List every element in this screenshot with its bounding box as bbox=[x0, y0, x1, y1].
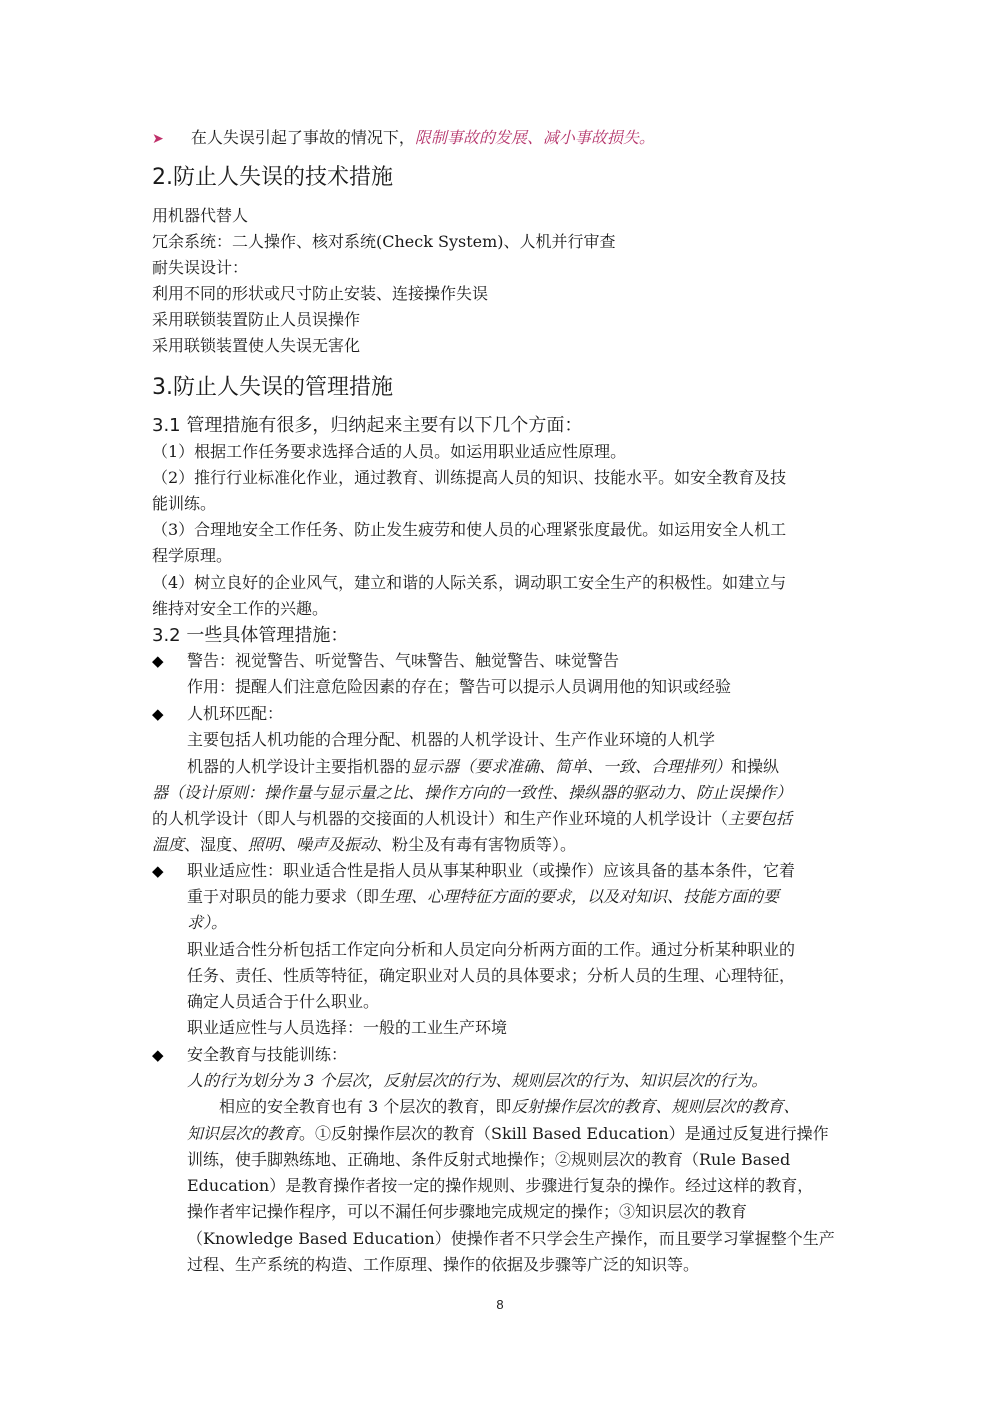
fitness-line: 职业适合性分析包括工作定向分析和人员定向分析两方面的工作。通过分析某种职业的 bbox=[187, 940, 795, 960]
education-title: 安全教育与技能训练： bbox=[187, 1045, 347, 1065]
hme-emphasis: 显示器（要求准确、简单、一致、合理排列） bbox=[411, 757, 731, 776]
management-item: 程学原理。 bbox=[152, 546, 232, 566]
fitness-text: 重于对职员的能力要求（即 bbox=[187, 887, 379, 906]
hme-line: 主要包括人机功能的合理分配、机器的人机学设计、生产作业环境的人机学 bbox=[187, 730, 715, 750]
technical-measure: 冗余系统：二人操作、核对系统(Check System)、人机并行审查 bbox=[152, 232, 616, 252]
warning-bullet: ◆ bbox=[152, 651, 164, 671]
hme-bullet: ◆ bbox=[152, 704, 164, 724]
subsection-3-1-title: 3.1 管理措施有很多，归纳起来主要有以下几个方面： bbox=[152, 414, 582, 438]
management-item: 维持对安全工作的兴趣。 bbox=[152, 599, 328, 619]
education-line: Education）是教育操作者按一定的操作规则、步骤进行复杂的操作。经过这样的… bbox=[187, 1176, 813, 1196]
technical-measure: 采用联锁装置防止人员误操作 bbox=[152, 310, 360, 330]
hme-text: 机器的人机学设计主要指机器的 bbox=[187, 757, 411, 776]
hme-emphasis: 照明、噪声及振动 bbox=[248, 835, 376, 854]
management-item: 能训练。 bbox=[152, 494, 216, 514]
section-3-title: 3.防止人失误的管理措施 bbox=[152, 374, 393, 402]
fitness-emphasis: 生理、心理特征方面的要求，以及对知识、技能方面的要 bbox=[379, 887, 779, 906]
intro-bullet: ➤ 在人失误引起了事故的情况下，限制事故的发展、减小事故损失。 bbox=[152, 128, 655, 149]
management-item: （1）根据工作任务要求选择合适的人员。如运用职业适应性原理。 bbox=[152, 442, 626, 462]
hme-line: 温度、湿度、照明、噪声及振动、粉尘及有毒有害物质等）。 bbox=[152, 835, 576, 855]
hme-text: 、粉尘及有毒有害物质等）。 bbox=[376, 835, 576, 854]
education-emphasis: 反射操作层次的教育、规则层次的教育、 bbox=[511, 1097, 799, 1116]
education-line: 操作者牢记操作程序，可以不漏任何步骤地完成规定的操作；③知识层次的教育 bbox=[187, 1202, 747, 1222]
warning-effect: 作用：提醒人们注意危险因素的存在；警告可以提示人员调用他的知识或经验 bbox=[187, 677, 731, 697]
hme-emphasis: 主要包括 bbox=[728, 809, 792, 828]
fitness-line: 重于对职员的能力要求（即生理、心理特征方面的要求，以及对知识、技能方面的要 bbox=[187, 887, 779, 907]
hme-line: 的人机学设计（即人与机器的交接面的人机设计）和生产作业环境的人机学设计（主要包括 bbox=[152, 809, 792, 829]
fitness-bullet: ◆ bbox=[152, 861, 164, 881]
page-number: 8 bbox=[0, 1297, 1000, 1312]
management-item: （4）树立良好的企业风气，建立和谐的人际关系，调动职工安全生产的积极性。如建立与 bbox=[152, 573, 786, 593]
fitness-line: 职业适应性：职业适合性是指人员从事某种职业（或操作）应该具备的基本条件，它着 bbox=[187, 861, 795, 881]
hme-line: 器（设计原则：操作量与显示量之比、操作方向的一致性、操纵器的驱动力、防止误操作） bbox=[152, 783, 792, 803]
education-text: 相应的安全教育也有 3 个层次的教育，即 bbox=[219, 1097, 511, 1116]
diamond-bullet-icon: ◆ bbox=[152, 862, 164, 880]
education-text: 。①反射操作层次的教育（Skill Based Education）是通过反复进… bbox=[299, 1124, 829, 1143]
intro-emphasis: 限制事故的发展、减小事故损失。 bbox=[415, 128, 655, 147]
education-line: 相应的安全教育也有 3 个层次的教育，即反射操作层次的教育、规则层次的教育、 bbox=[219, 1097, 799, 1117]
hme-text: 、湿度、 bbox=[184, 835, 248, 854]
fitness-line: 职业适应性与人员选择：一般的工业生产环境 bbox=[187, 1018, 507, 1038]
education-line: 训练，使手脚熟练地、正确地、条件反射式地操作；②规则层次的教育（Rule Bas… bbox=[187, 1150, 790, 1170]
fitness-line: 确定人员适合于什么职业。 bbox=[187, 992, 379, 1012]
intro-text: 在人失误引起了事故的情况下， bbox=[191, 128, 415, 147]
hme-emphasis: 温度 bbox=[152, 835, 184, 854]
hme-text: 的人机学设计（即人与机器的交接面的人机设计）和生产作业环境的人机学设计（ bbox=[152, 809, 728, 828]
technical-measure: 耐失误设计： bbox=[152, 258, 248, 278]
arrow-bullet-icon: ➤ bbox=[152, 131, 164, 147]
education-line: 人的行为划分为 3 个层次，反射层次的行为、规则层次的行为、知识层次的行为。 bbox=[187, 1071, 767, 1091]
management-item: （3）合理地安全工作任务、防止发生疲劳和使人员的心理紧张度最优。如运用安全人机工 bbox=[152, 520, 786, 540]
warning-title: 警告：视觉警告、听觉警告、气味警告、触觉警告、味觉警告 bbox=[187, 651, 619, 671]
technical-measure: 用机器代替人 bbox=[152, 206, 248, 226]
education-emphasis: 知识层次的教育 bbox=[187, 1124, 299, 1143]
fitness-line: 求）。 bbox=[187, 913, 227, 933]
subsection-3-2-title: 3.2 一些具体管理措施： bbox=[152, 624, 348, 648]
management-item: （2）推行行业标准化作业，通过教育、训练提高人员的知识、技能水平。如安全教育及技 bbox=[152, 468, 786, 488]
diamond-bullet-icon: ◆ bbox=[152, 705, 164, 723]
hme-text: 和操纵 bbox=[731, 757, 779, 776]
hme-line: 机器的人机学设计主要指机器的显示器（要求准确、简单、一致、合理排列）和操纵 bbox=[187, 757, 779, 777]
hme-title: 人机环匹配： bbox=[187, 704, 283, 724]
diamond-bullet-icon: ◆ bbox=[152, 1046, 164, 1064]
education-line: 知识层次的教育。①反射操作层次的教育（Skill Based Education… bbox=[187, 1124, 829, 1144]
fitness-line: 任务、责任、性质等特征，确定职业对人员的具体要求；分析人员的生理、心理特征， bbox=[187, 966, 795, 986]
technical-measure: 采用联锁装置使人失误无害化 bbox=[152, 336, 360, 356]
diamond-bullet-icon: ◆ bbox=[152, 652, 164, 670]
education-line: （Knowledge Based Education）使操作者不只学会生产操作，… bbox=[187, 1229, 835, 1249]
section-2-title: 2.防止人失误的技术措施 bbox=[152, 164, 393, 192]
technical-measure: 利用不同的形状或尺寸防止安装、连接操作失误 bbox=[152, 284, 488, 304]
education-line: 过程、生产系统的构造、工作原理、操作的依据及步骤等广泛的知识等。 bbox=[187, 1255, 699, 1275]
education-bullet: ◆ bbox=[152, 1045, 164, 1065]
